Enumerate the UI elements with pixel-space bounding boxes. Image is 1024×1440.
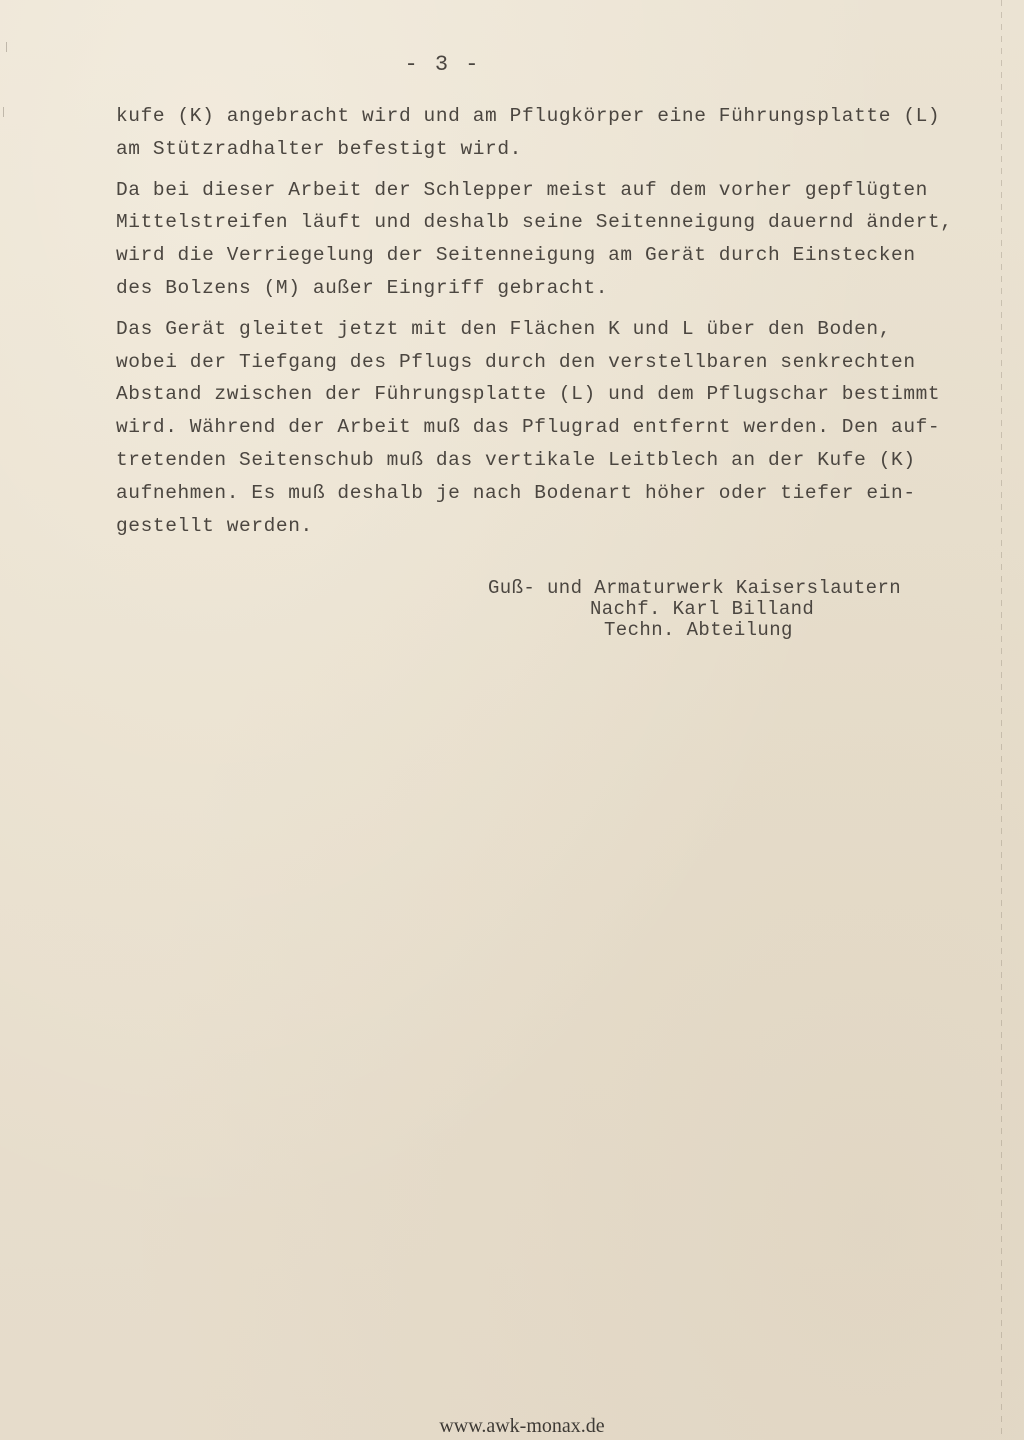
text-line: des Bolzens (M) außer Eingriff gebracht.	[116, 272, 996, 305]
signature-company: Guß- und Armaturwerk Kaiserslautern	[488, 578, 968, 599]
text-line: Abstand zwischen der Führungsplatte (L) …	[116, 378, 996, 411]
punch-mark	[3, 107, 10, 117]
fold-line	[1001, 0, 1002, 1440]
text-line: am Stützradhalter befestigt wird.	[116, 133, 996, 166]
text-line: wird die Verriegelung der Seitenneigung …	[116, 239, 996, 272]
paragraph-1: kufe (K) angebracht wird und am Pflugkör…	[116, 100, 996, 166]
punch-mark	[6, 42, 13, 52]
paragraph-3: Das Gerät gleitet jetzt mit den Flächen …	[116, 313, 996, 543]
text-line: Das Gerät gleitet jetzt mit den Flächen …	[116, 313, 996, 346]
signature-block: Guß- und Armaturwerk Kaiserslautern Nach…	[488, 578, 968, 641]
text-line: wobei der Tiefgang des Pflugs durch den …	[116, 346, 996, 379]
text-line: wird. Während der Arbeit muß das Pflugra…	[116, 411, 996, 444]
signature-successor: Nachf. Karl Billand	[488, 599, 968, 620]
paragraph-2: Da bei dieser Arbeit der Schlepper meist…	[116, 174, 996, 305]
footer-url: www.awk-monax.de	[0, 1415, 1024, 1438]
signature-department: Techn. Abteilung	[488, 620, 968, 641]
body-text: kufe (K) angebracht wird und am Pflugkör…	[116, 100, 996, 550]
text-line: aufnehmen. Es muß deshalb je nach Bodena…	[116, 477, 996, 510]
text-line: Mittelstreifen läuft und deshalb seine S…	[116, 206, 996, 239]
text-line: Da bei dieser Arbeit der Schlepper meist…	[116, 174, 996, 207]
text-line: gestellt werden.	[116, 510, 996, 543]
page-number: - 3 -	[0, 52, 885, 77]
text-line: kufe (K) angebracht wird und am Pflugkör…	[116, 100, 996, 133]
text-line: tretenden Seitenschub muß das vertikale …	[116, 444, 996, 477]
